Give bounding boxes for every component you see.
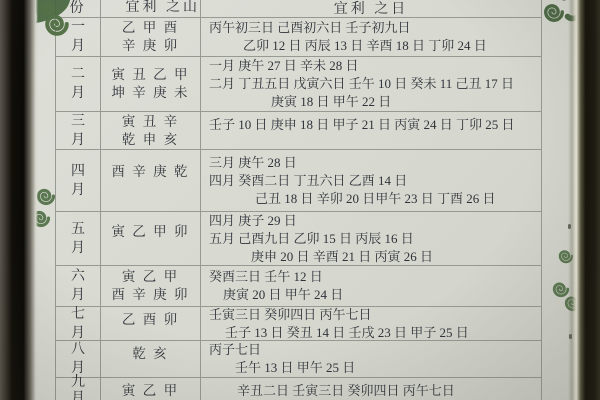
scroll-spiral-icon — [36, 186, 56, 206]
table-row: 三月 寅 丑 辛 乾 申 亥 壬子 10 日 庚申 18 日 甲子 21 日 丙… — [56, 112, 541, 150]
table-row: 五月 寅 乙 甲 卯 四月 庚子 29 日 五月 己酉九日 乙卯 15 日 丙辰… — [56, 212, 541, 266]
day-line: 四月 癸酉二日 丁丑六日 乙酉 14 日 — [209, 172, 541, 190]
day-line: 庚申 20 日 辛酉 21 日 丙寅 26 日 — [209, 248, 541, 266]
table-row: 二月 寅 丑 乙 甲 坤 辛 庚 未 一月 庚午 27 日 辛未 28 日 二月… — [56, 57, 541, 112]
scroll-spiral-icon — [44, 11, 70, 37]
day-line: 丙子七日 — [209, 341, 541, 359]
almanac-table: 份 宜利 之山 宜利 之日 一月 乙 甲 酉 辛 庚 卯 丙午初三日 己酉初六日… — [55, 0, 542, 400]
day-line: 壬子 13 日 癸丑 14 日 壬戌 23 日 甲子 25 日 — [209, 324, 541, 342]
day-cell: 辛丑二日 壬寅三日 癸卯四日 丙午七日 — [201, 378, 541, 400]
mountain-cell: 乙 酉 卯 — [101, 307, 201, 340]
day-line: 壬子 10 日 庚申 18 日 甲子 21 日 丙寅 24 日 丁卯 25 日 — [209, 116, 541, 134]
photo-edge-left — [0, 0, 38, 400]
mountain-line: 辛 庚 卯 — [122, 37, 179, 55]
month-cell: 三月 — [56, 112, 101, 149]
day-line: 庚寅 20 日 甲午 24 日 — [209, 286, 541, 304]
header-day: 宜利 之日 — [201, 0, 541, 17]
mountain-line: 寅 丑 乙 甲 — [111, 66, 189, 84]
mountain-cell: 酉 辛 庚 乾 — [101, 150, 201, 211]
month-cell: 九月 — [56, 378, 101, 400]
header-mountain: 宜利 之山 — [101, 0, 201, 17]
day-cell: 壬子 10 日 庚申 18 日 甲子 21 日 丙寅 24 日 丁卯 25 日 — [201, 112, 541, 149]
day-line: 壬午 13 日 甲午 25 日 — [209, 359, 541, 377]
month-cell: 五月 — [56, 212, 101, 265]
day-line: 辛丑二日 壬寅三日 癸卯四日 丙午七日 — [209, 382, 541, 400]
day-line: 五月 己酉九日 乙卯 15 日 丙辰 16 日 — [209, 230, 541, 248]
mountain-line: 乙 酉 卯 — [122, 311, 179, 329]
month-cell: 四月 — [56, 150, 101, 211]
day-line: 壬寅三日 癸卯四日 丙午七日 — [209, 306, 541, 324]
mountain-line: 坤 辛 庚 未 — [111, 84, 189, 102]
header-row: 份 宜利 之山 宜利 之日 — [56, 0, 541, 18]
photo-edge-right — [568, 0, 600, 400]
mountain-line: 乾 申 亥 — [122, 131, 179, 149]
day-line: 二月 丁丑五日 戊寅六日 壬午 10 日 癸未 11 己丑 17 日 — [209, 75, 541, 93]
mountain-cell: 寅 丑 辛 乾 申 亥 — [101, 112, 201, 149]
day-line: 丙午初三日 己酉初六日 壬子初九日 — [209, 19, 541, 37]
day-cell: 癸酉三日 壬午 12 日 庚寅 20 日 甲午 24 日 — [201, 266, 541, 306]
mountain-cell: 寅 乙 甲 酉 辛 庚 卯 — [101, 266, 201, 306]
mountain-cell: 寅 乙 甲 卯 — [101, 212, 201, 265]
table-row: 七月 乙 酉 卯 壬寅三日 癸卯四日 丙午七日 壬子 13 日 癸丑 14 日 … — [56, 307, 541, 341]
day-line: 己丑 18 日 辛卯 20 日甲午 23 日 丁酉 26 日 — [209, 190, 541, 208]
day-line: 四月 庚子 29 日 — [209, 212, 541, 230]
mountain-line: 乾 亥 — [132, 345, 168, 363]
table-row: 四月 酉 辛 庚 乾 三月 庚午 28 日 四月 癸酉二日 丁丑六日 乙酉 14… — [56, 150, 541, 212]
mountain-line: 寅 乙 甲 — [122, 268, 179, 286]
mountain-line: 寅 乙 甲 卯 — [111, 223, 189, 241]
day-cell: 四月 庚子 29 日 五月 己酉九日 乙卯 15 日 丙辰 16 日 庚申 20… — [201, 212, 541, 265]
month-cell: 六月 — [56, 266, 101, 306]
month-cell: 八月 — [56, 341, 101, 377]
day-line: 庚寅 18 日 甲午 22 日 — [209, 93, 541, 111]
mountain-cell: 乙 甲 酉 辛 庚 卯 — [101, 18, 201, 56]
month-cell: 二月 — [56, 57, 101, 111]
mountain-cell: 乾 亥 — [101, 341, 201, 377]
day-line: 乙卯 12 日 丙辰 13 日 辛酉 18 日 丁卯 24 日 — [209, 37, 541, 55]
mountain-cell: 寅 乙 甲 — [101, 378, 201, 400]
mountain-line: 酉 辛 庚 卯 — [111, 286, 189, 304]
table-row: 六月 寅 乙 甲 酉 辛 庚 卯 癸酉三日 壬午 12 日 庚寅 20 日 甲午… — [56, 266, 541, 307]
mountain-cell: 寅 丑 乙 甲 坤 辛 庚 未 — [101, 57, 201, 111]
table-row: 九月 寅 乙 甲 辛丑二日 壬寅三日 癸卯四日 丙午七日 — [56, 378, 541, 400]
table-row: 八月 乾 亥 丙子七日 壬午 13 日 甲午 25 日 — [56, 341, 541, 378]
mountain-line: 寅 丑 辛 — [122, 113, 179, 131]
day-cell: 一月 庚午 27 日 辛未 28 日 二月 丁丑五日 戊寅六日 壬午 10 日 … — [201, 57, 541, 111]
day-cell: 壬寅三日 癸卯四日 丙午七日 壬子 13 日 癸丑 14 日 壬戌 23 日 甲… — [201, 307, 541, 340]
photographed-almanac-page: 份 宜利 之山 宜利 之日 一月 乙 甲 酉 辛 庚 卯 丙午初三日 己酉初六日… — [0, 0, 600, 400]
day-cell: 丙子七日 壬午 13 日 甲午 25 日 — [201, 341, 541, 377]
mountain-line: 乙 甲 酉 — [122, 19, 179, 37]
day-cell: 三月 庚午 28 日 四月 癸酉二日 丁丑六日 乙酉 14 日 己丑 18 日 … — [201, 150, 541, 211]
month-cell: 七月 — [56, 307, 101, 340]
mountain-line: 寅 乙 甲 — [122, 382, 179, 400]
day-line: 一月 庚午 27 日 辛未 28 日 — [209, 57, 541, 75]
day-line: 癸酉三日 壬午 12 日 — [209, 268, 541, 286]
day-line: 三月 庚午 28 日 — [209, 154, 541, 172]
table-row: 一月 乙 甲 酉 辛 庚 卯 丙午初三日 己酉初六日 壬子初九日 乙卯 12 日… — [56, 18, 541, 57]
day-cell: 丙午初三日 己酉初六日 壬子初九日 乙卯 12 日 丙辰 13 日 辛酉 18 … — [201, 18, 541, 56]
mountain-line: 酉 辛 庚 乾 — [111, 163, 189, 181]
